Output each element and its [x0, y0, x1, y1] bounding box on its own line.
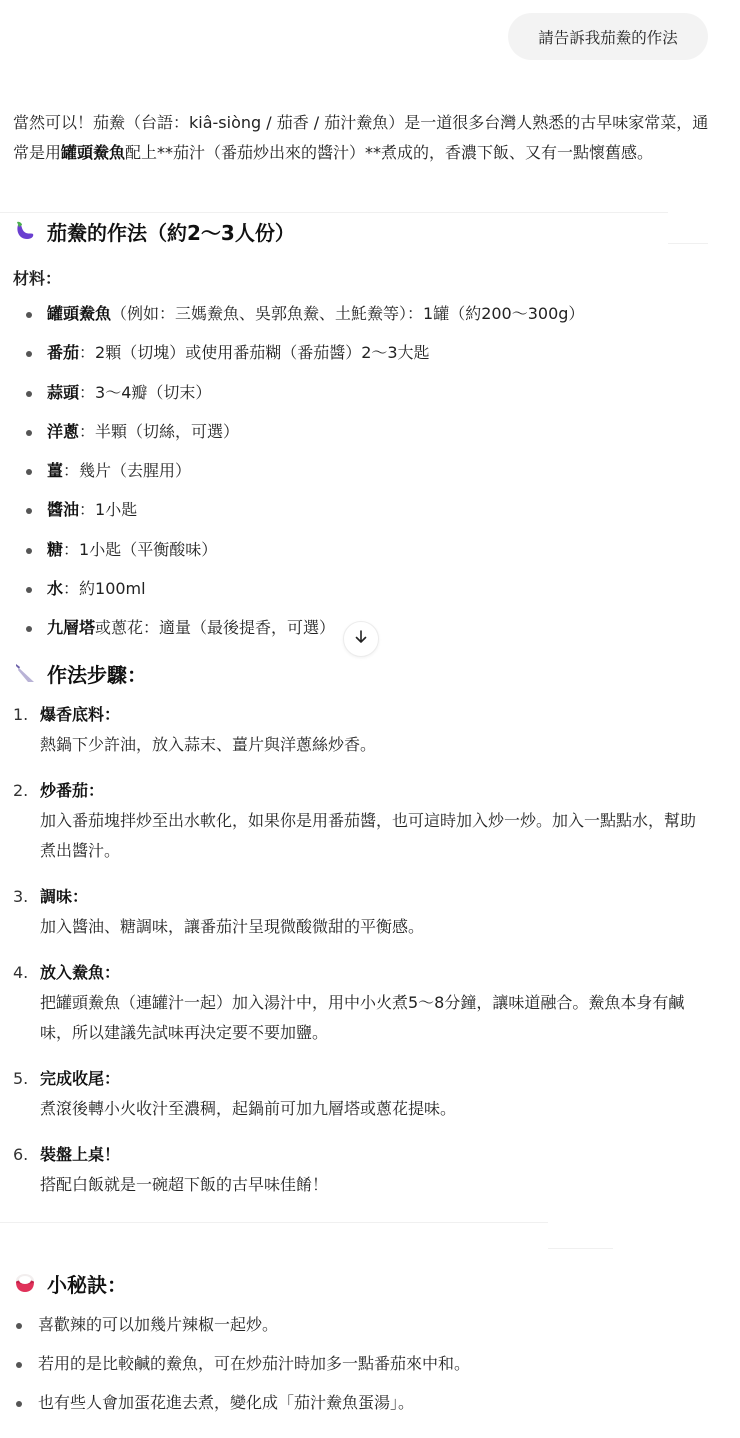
ingredient-name: 番茄 [47, 343, 79, 362]
ingredient-detail: ：幾片（去腥用） [63, 461, 191, 480]
ingredient-detail: ：3～4瓣（切末） [79, 383, 211, 402]
step-number: 1. [13, 700, 28, 730]
ingredient-item: 薑：幾片（去腥用） [0, 454, 700, 493]
ingredient-name: 罐頭鮝魚 [47, 304, 111, 323]
separator [548, 1248, 613, 1249]
recipe-section-heading: 茄鮝的作法（約2～3人份） [47, 217, 295, 246]
tip-item: 也有些人會加蛋花進去煮，變化成「茄汁鮝魚蛋湯」。 [0, 1386, 470, 1425]
steps-section-title: 作法步驟： [13, 658, 147, 688]
ingredient-detail: （例如：三媽鮝魚、吳郭魚鮝、土魠鮝等）：1罐（約200～300g） [111, 304, 584, 323]
ingredient-item: 醬油：1小匙 [0, 493, 700, 532]
step-item: 4. 放入鮝魚： 把罐頭鮝魚（連罐汁一起）加入湯汁中，用中小火煮5～8分鐘，讓味… [0, 958, 720, 1048]
step-body: 把罐頭鮝魚（連罐汁一起）加入湯汁中，用中小火煮5～8分鐘，讓味道融合。鮝魚本身有… [40, 988, 700, 1048]
ingredients-list: 罐頭鮝魚（例如：三媽鮝魚、吳郭魚鮝、土魠鮝等）：1罐（約200～300g） 番茄… [0, 297, 700, 651]
recipe-section-title: 茄鮝的作法（約2～3人份） [13, 216, 295, 246]
intro-text-part2: 配上**茄汁（番茄炒出來的醬汁）**煮成的，香濃下飯、又有一點懷舊感。 [125, 143, 653, 162]
step-number: 4. [13, 958, 28, 988]
steps-list: 1. 爆香底料： 熱鍋下少許油，放入蒜末、薑片與洋蔥絲炒香。 2. 炒番茄： 加… [0, 700, 720, 1216]
step-title: 爆香底料： [40, 700, 720, 730]
ingredient-detail: ：約100ml [63, 579, 146, 598]
step-title: 完成收尾： [40, 1064, 720, 1094]
kitchen-knife-icon [13, 661, 37, 685]
ingredient-item: 蒜頭：3～4瓣（切末） [0, 376, 700, 415]
ingredient-name: 薑 [47, 461, 63, 480]
step-number: 5. [13, 1064, 28, 1094]
tips-list: 喜歡辣的可以加幾片辣椒一起炒。 若用的是比較鹹的鮝魚，可在炒茄汁時加多一點番茄來… [0, 1308, 470, 1425]
steps-section-heading: 作法步驟： [47, 659, 147, 688]
step-title: 炒番茄： [40, 776, 720, 806]
step-title: 調味： [40, 882, 720, 912]
ingredient-item: 洋蔥：半顆（切絲，可選） [0, 415, 700, 454]
step-body: 煮滾後轉小火收汁至濃稠，起鍋前可加九層塔或蔥花提味。 [40, 1094, 700, 1124]
ingredient-name: 水 [47, 579, 63, 598]
step-number: 3. [13, 882, 28, 912]
step-body: 熱鍋下少許油，放入蒜末、薑片與洋蔥絲炒香。 [40, 730, 700, 760]
ingredient-name: 洋蔥 [47, 422, 79, 441]
ingredient-name: 蒜頭 [47, 383, 79, 402]
ingredient-detail: ：半顆（切絲，可選） [79, 422, 239, 441]
step-item: 5. 完成收尾： 煮滾後轉小火收汁至濃稠，起鍋前可加九層塔或蔥花提味。 [0, 1064, 720, 1124]
ingredient-detail: ：1小匙 [79, 500, 137, 519]
eggplant-icon [13, 219, 37, 243]
separator [0, 212, 668, 213]
step-title: 放入鮝魚： [40, 958, 720, 988]
step-body: 搭配白飯就是一碗超下飯的古早味佳餚！ [40, 1170, 700, 1200]
ingredient-item: 番茄：2顆（切塊）或使用番茄糊（番茄醬）2～3大匙 [0, 336, 700, 375]
step-body: 加入番茄塊拌炒至出水軟化，如果你是用番茄醬，也可這時加入炒一炒。加入一點點水，幫… [40, 806, 700, 866]
rice-bowl-icon [13, 1271, 37, 1295]
arrow-down-icon [353, 629, 369, 649]
ingredient-name: 糖 [47, 540, 63, 559]
ingredient-item: 糖：1小匙（平衡酸味） [0, 533, 700, 572]
ingredient-item: 罐頭鮝魚（例如：三媽鮝魚、吳郭魚鮝、土魠鮝等）：1罐（約200～300g） [0, 297, 700, 336]
step-number: 6. [13, 1140, 28, 1170]
ingredient-detail: 或蔥花：適量（最後提香，可選） [95, 618, 335, 637]
intro-paragraph: 當然可以！茄鮝（台語：kiâ-siòng / 茄香 / 茄汁鮝魚）是一道很多台灣… [13, 108, 713, 168]
user-message-text: 請告訴我茄鮝的作法 [538, 26, 678, 48]
tip-item: 喜歡辣的可以加幾片辣椒一起炒。 [0, 1308, 470, 1347]
ingredient-item: 水：約100ml [0, 572, 700, 611]
step-item: 1. 爆香底料： 熱鍋下少許油，放入蒜末、薑片與洋蔥絲炒香。 [0, 700, 720, 760]
step-item: 6. 裝盤上桌！ 搭配白飯就是一碗超下飯的古早味佳餚！ [0, 1140, 720, 1200]
step-title: 裝盤上桌！ [40, 1140, 720, 1170]
ingredient-name: 醬油 [47, 500, 79, 519]
step-number: 2. [13, 776, 28, 806]
separator [668, 243, 708, 244]
ingredient-detail: ：2顆（切塊）或使用番茄糊（番茄醬）2～3大匙 [79, 343, 430, 362]
separator [0, 1222, 548, 1223]
step-item: 2. 炒番茄： 加入番茄塊拌炒至出水軟化，如果你是用番茄醬，也可這時加入炒一炒。… [0, 776, 720, 866]
user-message-bubble: 請告訴我茄鮝的作法 [508, 13, 708, 60]
ingredient-name: 九層塔 [47, 618, 95, 637]
step-body: 加入醬油、糖調味，讓番茄汁呈現微酸微甜的平衡感。 [40, 912, 700, 942]
scroll-to-bottom-button[interactable] [343, 621, 379, 657]
step-item: 3. 調味： 加入醬油、糖調味，讓番茄汁呈現微酸微甜的平衡感。 [0, 882, 720, 942]
ingredient-detail: ：1小匙（平衡酸味） [63, 540, 217, 559]
tips-section-title: 小秘訣： [13, 1268, 127, 1298]
tip-item: 若用的是比較鹹的鮝魚，可在炒茄汁時加多一點番茄來中和。 [0, 1347, 470, 1386]
ingredients-label: 材料： [13, 266, 61, 289]
intro-bold: 罐頭鮝魚 [61, 143, 125, 162]
tips-section-heading: 小秘訣： [47, 1269, 127, 1298]
